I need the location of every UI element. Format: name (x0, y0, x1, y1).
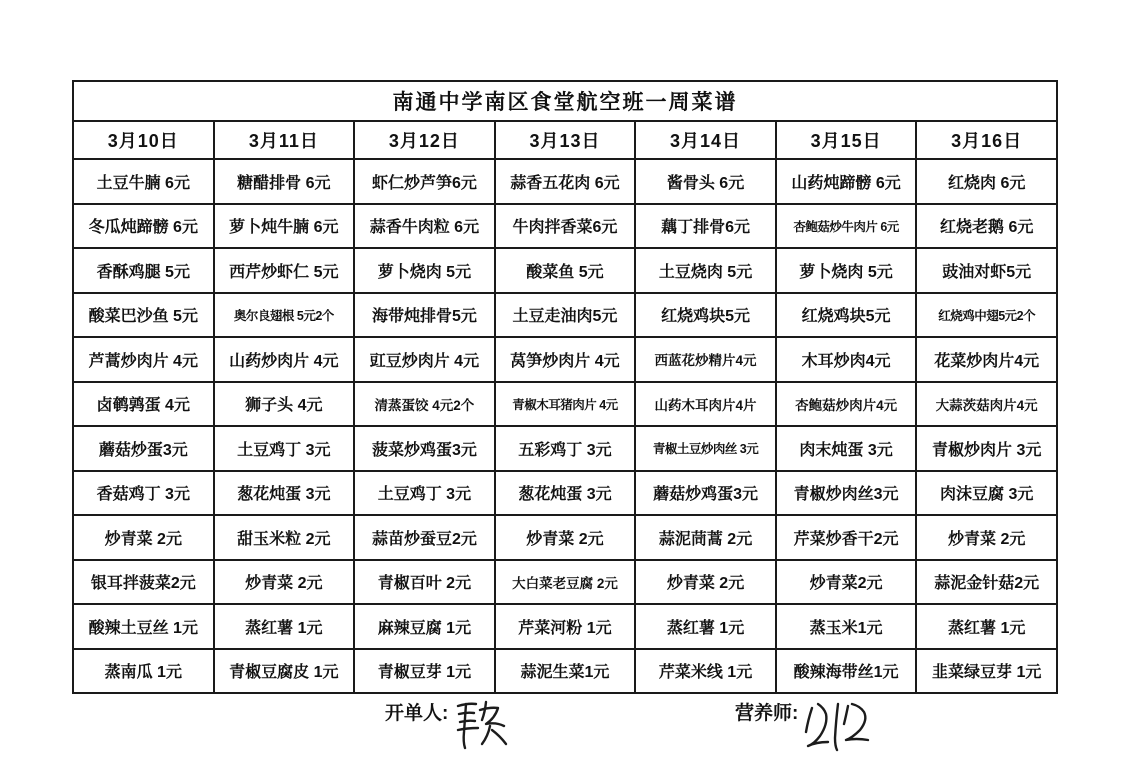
date-header: 3月14日 (635, 121, 776, 159)
menu-cell: 蒸玉米1元 (776, 604, 917, 649)
menu-row: 炒青菜 2元甜玉米粒 2元蒜苗炒蚕豆2元炒青菜 2元蒜泥茼蒿 2元芹菜炒香干2元… (73, 515, 1057, 560)
menu-row: 芦蒿炒肉片 4元山药炒肉片 4元豇豆炒肉片 4元莴笋炒肉片 4元西蓝花炒精片4元… (73, 337, 1057, 382)
menu-cell: 糖醋排骨 6元 (214, 159, 355, 204)
menu-cell: 土豆鸡丁 3元 (214, 426, 355, 471)
menu-cell: 蒜泥金针菇2元 (916, 560, 1057, 605)
menu-row: 冬瓜炖蹄髈 6元萝卜炖牛腩 6元蒜香牛肉粒 6元牛肉拌香菜6元藕丁排骨6元杏鲍菇… (73, 204, 1057, 249)
menu-cell: 豇豆炒肉片 4元 (354, 337, 495, 382)
nutritionist-signature-block: 营养师: (735, 700, 880, 752)
menu-cell: 海带炖排骨5元 (354, 293, 495, 338)
menu-cell: 清蒸蛋饺 4元2个 (354, 382, 495, 427)
menu-row: 酸菜巴沙鱼 5元奥尔良翅根 5元2个海带炖排骨5元土豆走油肉5元红烧鸡块5元红烧… (73, 293, 1057, 338)
menu-cell: 芹菜炒香干2元 (776, 515, 917, 560)
menu-cell: 土豆牛腩 6元 (73, 159, 214, 204)
menu-cell: 大白菜老豆腐 2元 (495, 560, 636, 605)
menu-cell: 藕丁排骨6元 (635, 204, 776, 249)
menu-cell: 蒜香牛肉粒 6元 (354, 204, 495, 249)
date-header: 3月12日 (354, 121, 495, 159)
menu-cell: 蒜苗炒蚕豆2元 (354, 515, 495, 560)
date-header: 3月11日 (214, 121, 355, 159)
menu-cell: 虾仁炒芦笋6元 (354, 159, 495, 204)
date-header: 3月15日 (776, 121, 917, 159)
menu-cell: 五彩鸡丁 3元 (495, 426, 636, 471)
date-header: 3月16日 (916, 121, 1057, 159)
menu-cell: 红烧肉 6元 (916, 159, 1057, 204)
menu-cell: 萝卜烧肉 5元 (776, 248, 917, 293)
menu-row: 蘑菇炒蛋3元土豆鸡丁 3元菠菜炒鸡蛋3元五彩鸡丁 3元青椒土豆炒肉丝 3元肉末炖… (73, 426, 1057, 471)
menu-cell: 炒青菜 2元 (214, 560, 355, 605)
menu-cell: 青椒豆腐皮 1元 (214, 649, 355, 694)
menu-cell: 菠菜炒鸡蛋3元 (354, 426, 495, 471)
title-row: 南通中学南区食堂航空班一周菜谱 (73, 81, 1057, 121)
menu-cell: 青椒豆芽 1元 (354, 649, 495, 694)
menu-cell: 麻辣豆腐 1元 (354, 604, 495, 649)
menu-cell: 豉油对虾5元 (916, 248, 1057, 293)
menu-cell: 蒸红薯 1元 (916, 604, 1057, 649)
issuer-signature-block: 开单人: (385, 700, 524, 752)
menu-cell: 西蓝花炒精片4元 (635, 337, 776, 382)
menu-cell: 杏鲍菇炒牛肉片 6元 (776, 204, 917, 249)
menu-cell: 山药木耳肉片4片 (635, 382, 776, 427)
menu-cell: 蒸红薯 1元 (214, 604, 355, 649)
menu-row: 蒸南瓜 1元青椒豆腐皮 1元青椒豆芽 1元蒜泥生菜1元芹菜米线 1元酸辣海带丝1… (73, 649, 1057, 694)
menu-cell: 青椒土豆炒肉丝 3元 (635, 426, 776, 471)
menu-cell: 炒青菜2元 (776, 560, 917, 605)
menu-cell: 炒青菜 2元 (73, 515, 214, 560)
menu-cell: 狮子头 4元 (214, 382, 355, 427)
issuer-handwritten-signature (452, 698, 524, 752)
menu-cell: 青椒木耳猪肉片 4元 (495, 382, 636, 427)
menu-cell: 山药炒肉片 4元 (214, 337, 355, 382)
menu-body: 土豆牛腩 6元糖醋排骨 6元虾仁炒芦笋6元蒜香五花肉 6元酱骨头 6元山药炖蹄髈… (73, 159, 1057, 693)
menu-cell: 红烧老鹅 6元 (916, 204, 1057, 249)
menu-cell: 酱骨头 6元 (635, 159, 776, 204)
menu-cell: 大蒜茨菇肉片4元 (916, 382, 1057, 427)
menu-cell: 肉末炖蛋 3元 (776, 426, 917, 471)
menu-row: 酸辣土豆丝 1元蒸红薯 1元麻辣豆腐 1元芹菜河粉 1元蒸红薯 1元蒸玉米1元蒸… (73, 604, 1057, 649)
menu-cell: 蒜香五花肉 6元 (495, 159, 636, 204)
menu-cell: 牛肉拌香菜6元 (495, 204, 636, 249)
menu-cell: 蒸南瓜 1元 (73, 649, 214, 694)
menu-cell: 芦蒿炒肉片 4元 (73, 337, 214, 382)
menu-row: 香菇鸡丁 3元葱花炖蛋 3元土豆鸡丁 3元葱花炖蛋 3元蘑菇炒鸡蛋3元青椒炒肉丝… (73, 471, 1057, 516)
issuer-label: 开单人: (385, 700, 448, 728)
menu-cell: 肉沫豆腐 3元 (916, 471, 1057, 516)
date-header-row: 3月10日3月11日3月12日3月13日3月14日3月15日3月16日 (73, 121, 1057, 159)
menu-table: 南通中学南区食堂航空班一周菜谱 3月10日3月11日3月12日3月13日3月14… (72, 80, 1058, 694)
menu-cell: 青椒炒肉丝3元 (776, 471, 917, 516)
menu-cell: 芹菜河粉 1元 (495, 604, 636, 649)
menu-cell: 西芹炒虾仁 5元 (214, 248, 355, 293)
menu-cell: 青椒百叶 2元 (354, 560, 495, 605)
menu-cell: 蒜泥生菜1元 (495, 649, 636, 694)
menu-cell: 土豆鸡丁 3元 (354, 471, 495, 516)
menu-cell: 莴笋炒肉片 4元 (495, 337, 636, 382)
menu-cell: 炒青菜 2元 (635, 560, 776, 605)
menu-cell: 蘑菇炒蛋3元 (73, 426, 214, 471)
menu-cell: 酸菜巴沙鱼 5元 (73, 293, 214, 338)
menu-cell: 香菇鸡丁 3元 (73, 471, 214, 516)
menu-row: 香酥鸡腿 5元西芹炒虾仁 5元萝卜烧肉 5元酸菜鱼 5元土豆烧肉 5元萝卜烧肉 … (73, 248, 1057, 293)
menu-cell: 红烧鸡块5元 (635, 293, 776, 338)
menu-cell: 花菜炒肉片4元 (916, 337, 1057, 382)
menu-cell: 芹菜米线 1元 (635, 649, 776, 694)
menu-cell: 土豆走油肉5元 (495, 293, 636, 338)
menu-cell: 酸辣土豆丝 1元 (73, 604, 214, 649)
date-header: 3月10日 (73, 121, 214, 159)
menu-cell: 香酥鸡腿 5元 (73, 248, 214, 293)
menu-cell: 萝卜炖牛腩 6元 (214, 204, 355, 249)
date-header: 3月13日 (495, 121, 636, 159)
menu-cell: 红烧鸡中翅5元2个 (916, 293, 1057, 338)
menu-cell: 红烧鸡块5元 (776, 293, 917, 338)
menu-cell: 甜玉米粒 2元 (214, 515, 355, 560)
menu-cell: 酸菜鱼 5元 (495, 248, 636, 293)
scanned-menu-page: 南通中学南区食堂航空班一周菜谱 3月10日3月11日3月12日3月13日3月14… (0, 0, 1123, 779)
menu-title: 南通中学南区食堂航空班一周菜谱 (73, 81, 1057, 121)
menu-cell: 蘑菇炒鸡蛋3元 (635, 471, 776, 516)
menu-cell: 奥尔良翅根 5元2个 (214, 293, 355, 338)
menu-cell: 山药炖蹄髈 6元 (776, 159, 917, 204)
signature-footer: 开单人: 营养师: (0, 698, 1123, 758)
menu-cell: 炒青菜 2元 (495, 515, 636, 560)
menu-row: 土豆牛腩 6元糖醋排骨 6元虾仁炒芦笋6元蒜香五花肉 6元酱骨头 6元山药炖蹄髈… (73, 159, 1057, 204)
nutritionist-label: 营养师: (735, 700, 798, 728)
menu-row: 卤鹌鹑蛋 4元狮子头 4元清蒸蛋饺 4元2个青椒木耳猪肉片 4元山药木耳肉片4片… (73, 382, 1057, 427)
menu-cell: 卤鹌鹑蛋 4元 (73, 382, 214, 427)
menu-cell: 银耳拌菠菜2元 (73, 560, 214, 605)
menu-cell: 木耳炒肉4元 (776, 337, 917, 382)
nutritionist-handwritten-signature (802, 698, 880, 752)
menu-cell: 蒸红薯 1元 (635, 604, 776, 649)
menu-cell: 葱花炖蛋 3元 (214, 471, 355, 516)
menu-cell: 葱花炖蛋 3元 (495, 471, 636, 516)
menu-cell: 萝卜烧肉 5元 (354, 248, 495, 293)
menu-row: 银耳拌菠菜2元炒青菜 2元青椒百叶 2元大白菜老豆腐 2元炒青菜 2元炒青菜2元… (73, 560, 1057, 605)
menu-cell: 炒青菜 2元 (916, 515, 1057, 560)
menu-cell: 蒜泥茼蒿 2元 (635, 515, 776, 560)
menu-cell: 杏鲍菇炒肉片4元 (776, 382, 917, 427)
menu-cell: 韭菜绿豆芽 1元 (916, 649, 1057, 694)
menu-cell: 土豆烧肉 5元 (635, 248, 776, 293)
menu-cell: 冬瓜炖蹄髈 6元 (73, 204, 214, 249)
menu-cell: 酸辣海带丝1元 (776, 649, 917, 694)
menu-cell: 青椒炒肉片 3元 (916, 426, 1057, 471)
